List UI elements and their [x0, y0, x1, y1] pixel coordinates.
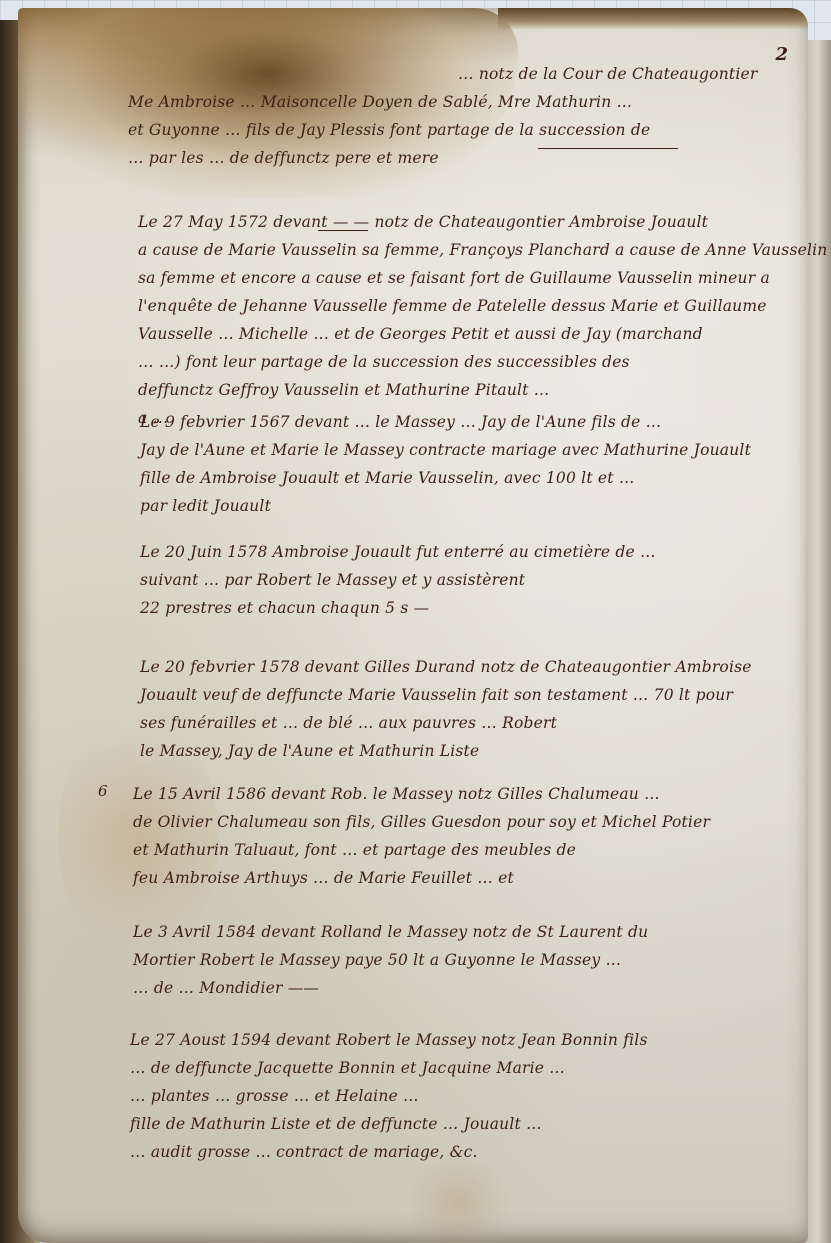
handwritten-text: … notz de la Cour de Chateaugontier Me A…	[18, 8, 808, 1243]
entry-line: fille de Mathurin Liste et de deffuncte …	[130, 1110, 648, 1138]
dash-rule	[538, 148, 678, 149]
entry-line: par ledit Jouault	[140, 492, 751, 520]
entry-line: l'enquête de Jehanne Vausselle femme de …	[138, 292, 827, 320]
entry-7: Le 27 Aoust 1594 devant Robert le Massey…	[130, 1026, 648, 1166]
entry-line: et Mathurin Taluaut, font … et partage d…	[133, 836, 710, 864]
entry-line: le Massey, Jay de l'Aune et Mathurin Lis…	[140, 737, 752, 765]
entry-line: … audit grosse … contract de mariage, &c…	[130, 1138, 648, 1166]
entry-line: sa femme et encore a cause et se faisant…	[138, 264, 827, 292]
entry-line: Mortier Robert le Massey paye 50 lt a Gu…	[133, 946, 648, 974]
entry-line: et Guyonne … fils de Jay Plessis font pa…	[128, 116, 757, 144]
entry-line: … notz de la Cour de Chateaugontier	[128, 60, 757, 88]
entry-5: Le 15 Avril 1586 devant Rob. le Massey n…	[133, 780, 710, 892]
entry-line: Le 9 febvrier 1567 devant … le Massey … …	[140, 408, 751, 436]
entry-line: Le 27 Aoust 1594 devant Robert le Massey…	[130, 1026, 648, 1054]
dash-rule	[318, 230, 368, 231]
entry-line: de Olivier Chalumeau son fils, Gilles Gu…	[133, 808, 710, 836]
entry-2: Le 9 febvrier 1567 devant … le Massey … …	[140, 408, 751, 520]
entry-line: Vausselle … Michelle … et de Georges Pet…	[138, 320, 827, 348]
entry-line: Le 20 febvrier 1578 devant Gilles Durand…	[140, 653, 752, 681]
entry-line: Jay de l'Aune et Marie le Massey contrac…	[140, 436, 751, 464]
entry-line: fille de Ambroise Jouault et Marie Vauss…	[140, 464, 751, 492]
entry-line: … plantes … grosse … et Helaine …	[130, 1082, 648, 1110]
entry-line: 22 prestres et chacun chaqun 5 s —	[140, 594, 656, 622]
entry-3: Le 20 Juin 1578 Ambroise Jouault fut ent…	[140, 538, 656, 622]
entry-line: … de … Mondidier ——	[133, 974, 648, 1002]
entry-0: … notz de la Cour de Chateaugontier Me A…	[128, 60, 757, 172]
entry-line: Le 15 Avril 1586 devant Rob. le Massey n…	[133, 780, 710, 808]
entry-line: Le 3 Avril 1584 devant Rolland le Massey…	[133, 918, 648, 946]
entry-line: Jouault veuf de deffuncte Marie Vausseli…	[140, 681, 752, 709]
entry-line: suivant … par Robert le Massey et y assi…	[140, 566, 656, 594]
entry-line: Le 27 May 1572 devant — — notz de Chatea…	[138, 208, 827, 236]
entry-line: ses funérailles et … de blé … aux pauvre…	[140, 709, 752, 737]
entry-line: deffunctz Geffroy Vausselin et Mathurine…	[138, 376, 827, 404]
entry-4: Le 20 febvrier 1578 devant Gilles Durand…	[140, 653, 752, 765]
entry-line: Le 20 Juin 1578 Ambroise Jouault fut ent…	[140, 538, 656, 566]
entry-line: … …) font leur partage de la succession …	[138, 348, 827, 376]
entry-line: … de deffuncte Jacquette Bonnin et Jacqu…	[130, 1054, 648, 1082]
entry-6: Le 3 Avril 1584 devant Rolland le Massey…	[133, 918, 648, 1002]
entry-line: Me Ambroise … Maisoncelle Doyen de Sablé…	[128, 88, 757, 116]
manuscript-page: 2 6 … notz de la Cour de Chateaugontier …	[18, 8, 808, 1243]
entry-1: Le 27 May 1572 devant — — notz de Chatea…	[138, 208, 827, 432]
entry-line: feu Ambroise Arthuys … de Marie Feuillet…	[133, 864, 710, 892]
entry-line: a cause de Marie Vausselin sa femme, Fra…	[138, 236, 827, 264]
